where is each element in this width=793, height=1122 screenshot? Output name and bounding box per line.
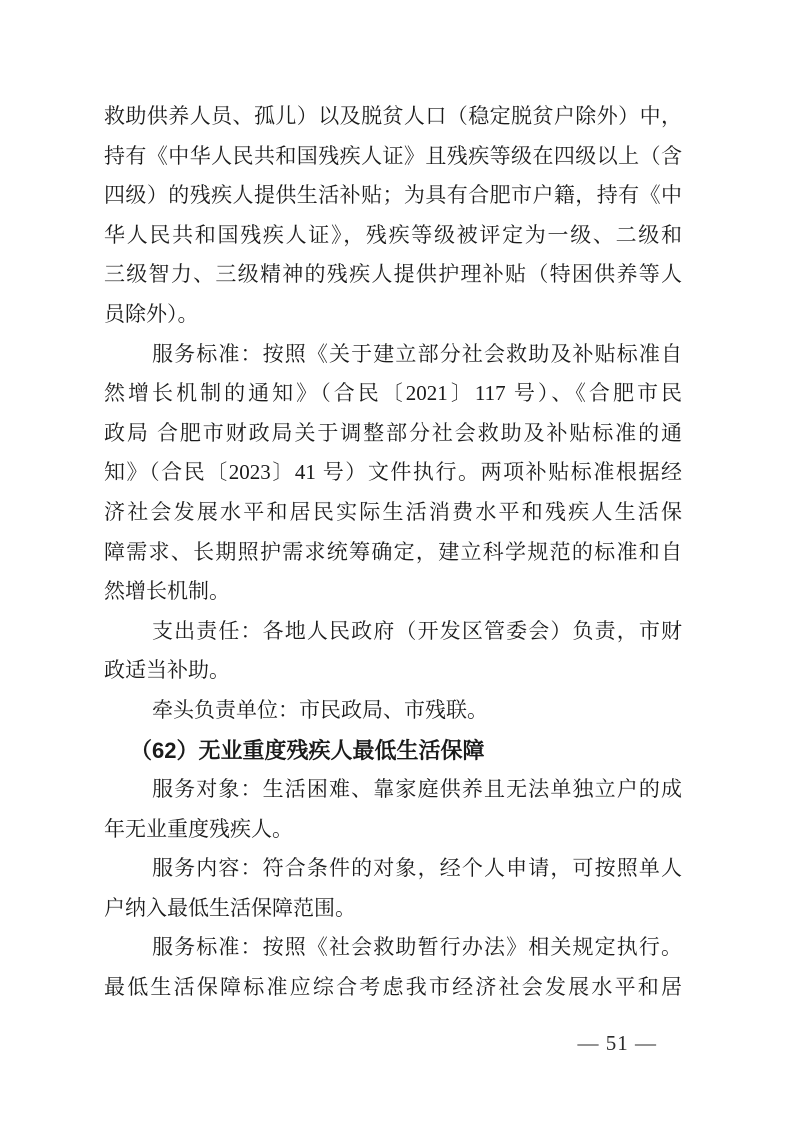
text-line: 政局 合肥市财政局关于调整部分社会救助及补贴标准的通 bbox=[104, 414, 682, 454]
text-line: 救助供养人员、孤儿）以及脱贫人口（稳定脱贫户除外）中， bbox=[104, 97, 682, 137]
text-block: 救助供养人员、孤儿）以及脱贫人口（稳定脱贫户除外）中， 持有《中华人民共和国残疾… bbox=[104, 97, 682, 1008]
text-line: 服务标准：按照《社会救助暂行办法》相关规定执行。 bbox=[104, 928, 682, 968]
text-line: 然增长机制的通知》（合民〔2021〕117 号）、《合肥市民 bbox=[104, 374, 682, 414]
text-line: 最低生活保障标准应综合考虑我市经济社会发展水平和居 bbox=[104, 968, 682, 1008]
text-line: 服务标准：按照《关于建立部分社会救助及补贴标准自 bbox=[104, 335, 682, 375]
text-line: 然增长机制。 bbox=[104, 572, 682, 612]
page-number: — 51 — bbox=[578, 1029, 658, 1057]
document-page: 救助供养人员、孤儿）以及脱贫人口（稳定脱贫户除外）中， 持有《中华人民共和国残疾… bbox=[0, 0, 793, 1122]
text-line: 户纳入最低生活保障范围。 bbox=[104, 889, 682, 929]
text-line: 四级）的残疾人提供生活补贴；为具有合肥市户籍，持有《中 bbox=[104, 176, 682, 216]
text-line: 员除外）。 bbox=[104, 295, 682, 335]
text-line: 三级智力、三级精神的残疾人提供护理补贴（特困供养等人 bbox=[104, 255, 682, 295]
text-line: 服务对象：生活困难、靠家庭供养且无法单独立户的成 bbox=[104, 770, 682, 810]
text-line: 支出责任：各地人民政府（开发区管委会）负责，市财 bbox=[104, 612, 682, 652]
text-line: 障需求、长期照护需求统筹确定，建立科学规范的标准和自 bbox=[104, 533, 682, 573]
text-line: 持有《中华人民共和国残疾人证》且残疾等级在四级以上（含 bbox=[104, 137, 682, 177]
text-line: 年无业重度残疾人。 bbox=[104, 810, 682, 850]
text-line: 知》（合民〔2023〕41 号）文件执行。两项补贴标准根据经 bbox=[104, 453, 682, 493]
text-line: 华人民共和国残疾人证》，残疾等级被评定为一级、二级和 bbox=[104, 216, 682, 256]
text-line: 济社会发展水平和居民实际生活消费水平和残疾人生活保 bbox=[104, 493, 682, 533]
text-line: 服务内容：符合条件的对象，经个人申请，可按照单人 bbox=[104, 849, 682, 889]
section-heading-62: （62）无业重度残疾人最低生活保障 bbox=[104, 731, 682, 771]
text-line: 牵头负责单位：市民政局、市残联。 bbox=[104, 691, 682, 731]
text-line: 政适当补助。 bbox=[104, 651, 682, 691]
